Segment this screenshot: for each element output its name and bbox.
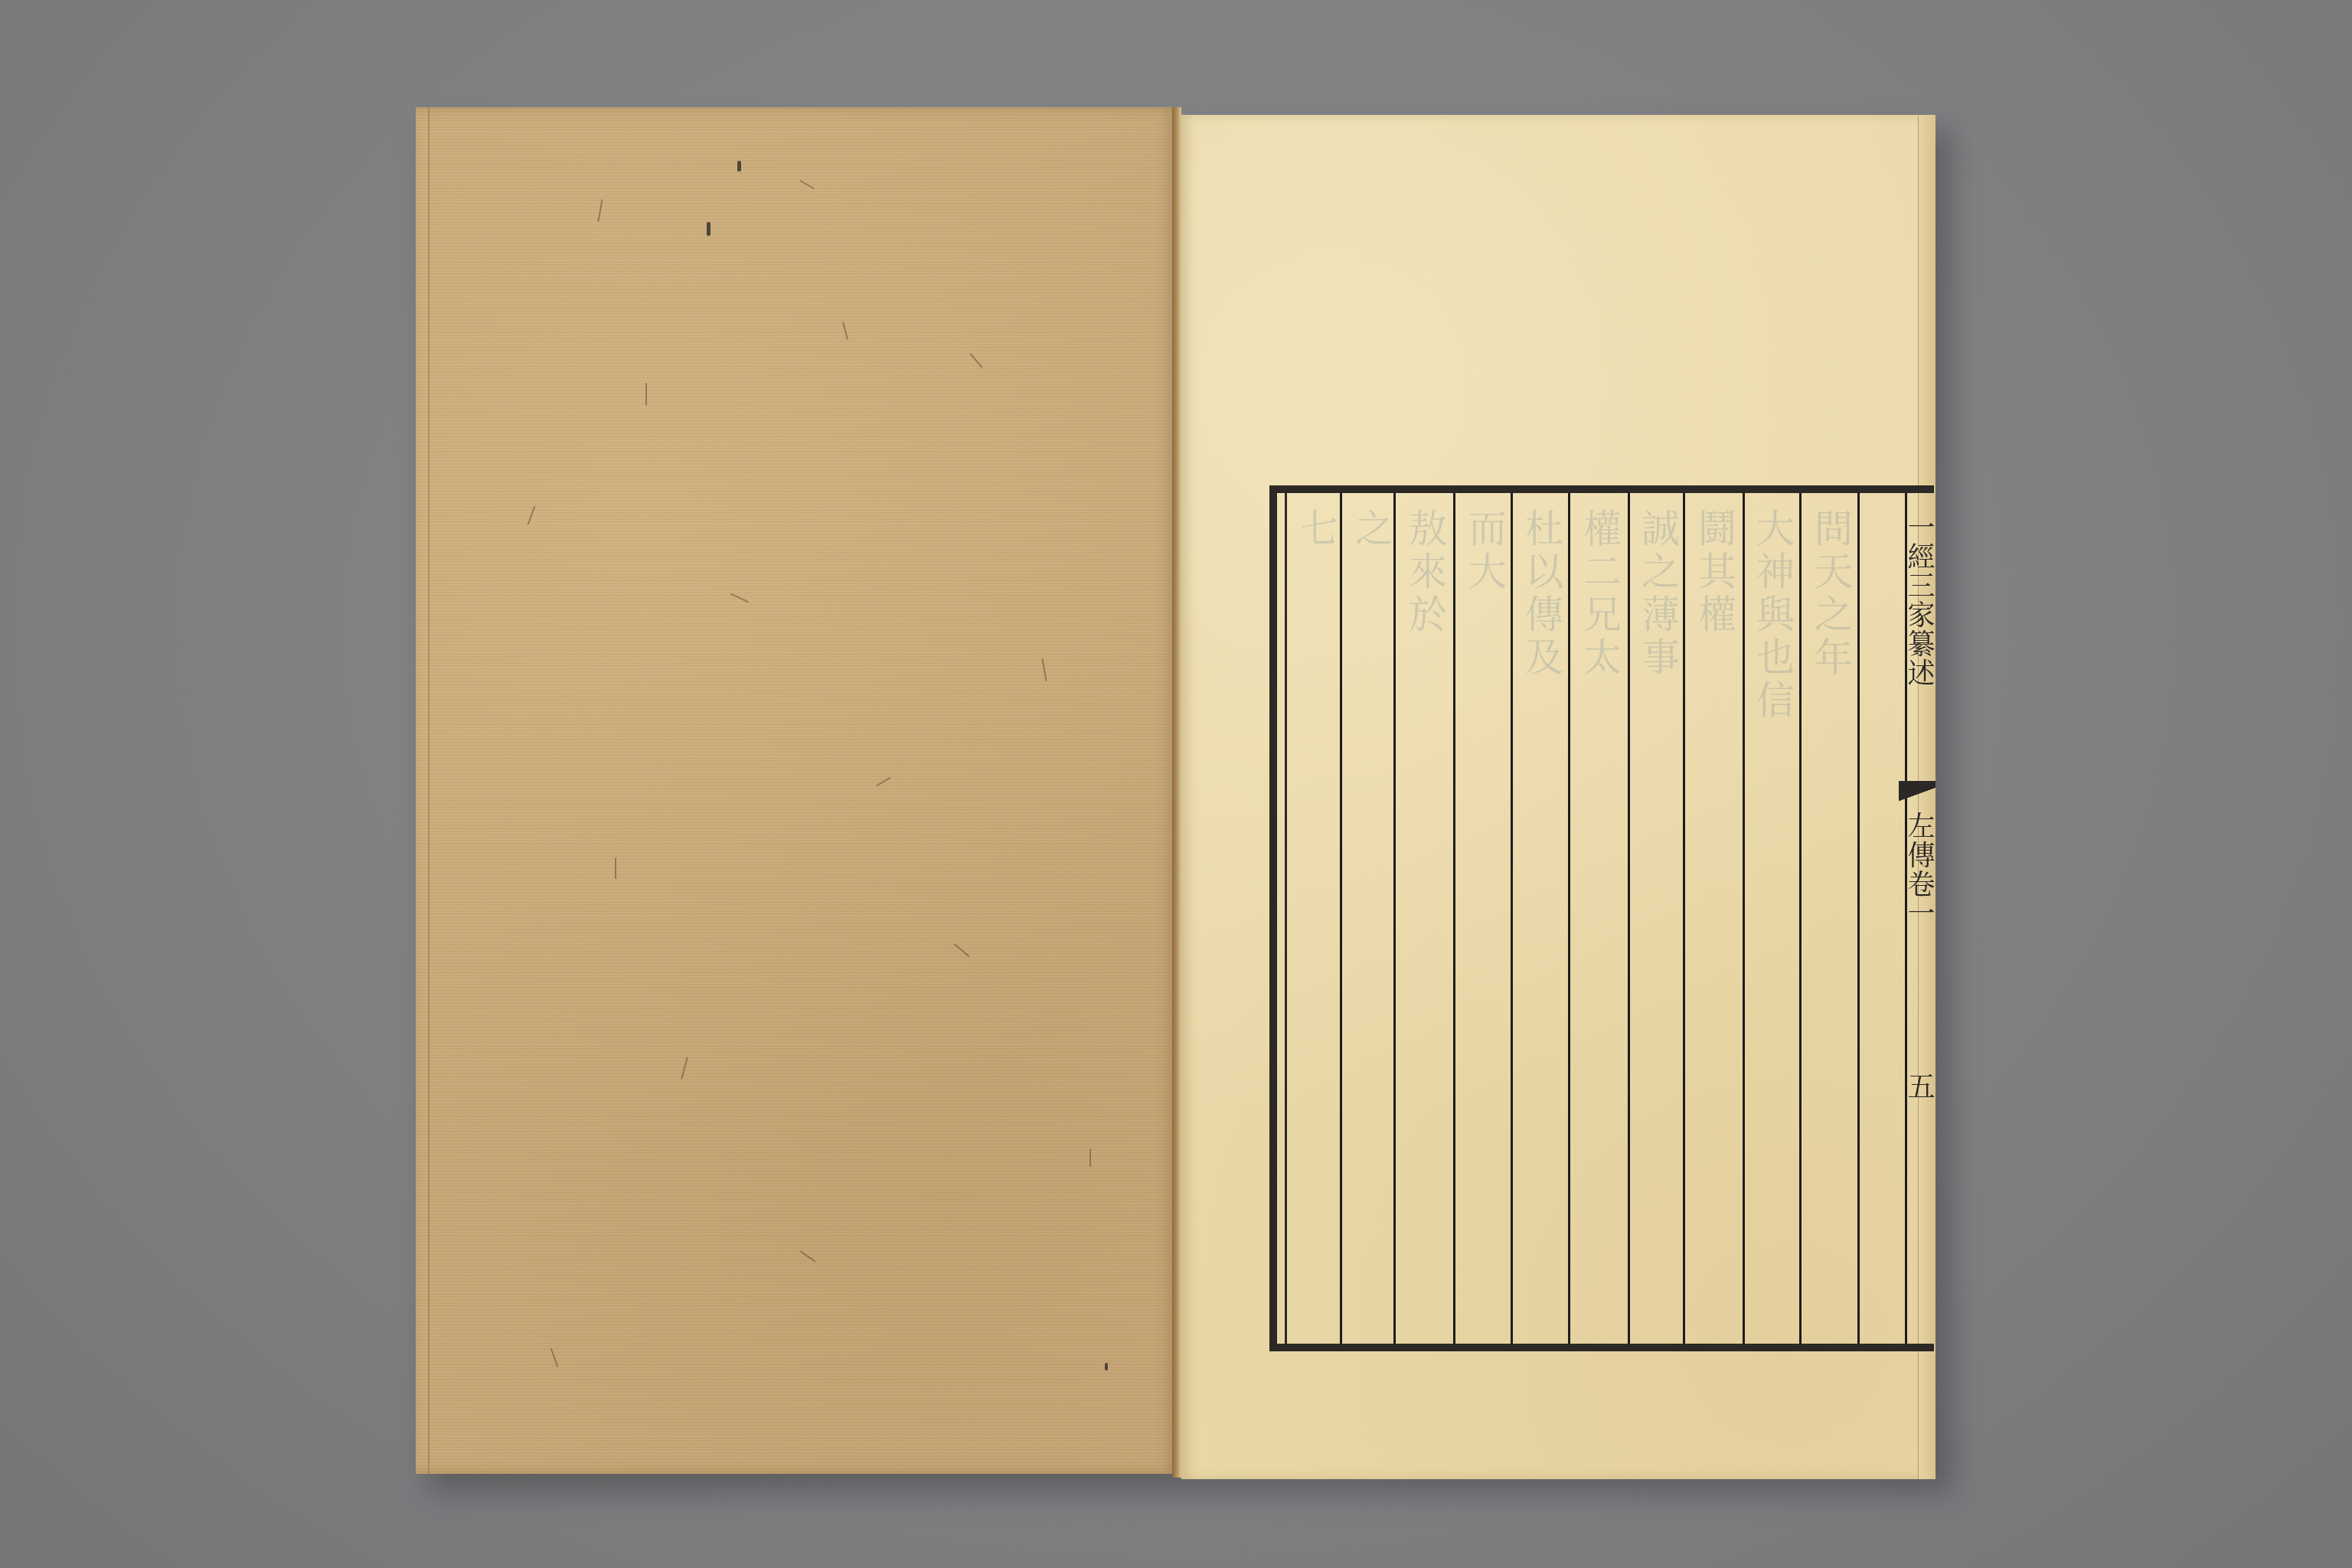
show-through-text: 杜以傳及 [1514, 508, 1568, 1321]
paper-fiber [681, 1057, 688, 1079]
paper-fiber [597, 199, 603, 222]
paper-fiber [730, 593, 749, 603]
column-rule [1568, 493, 1570, 1344]
show-through-text: 而大 [1458, 508, 1511, 1321]
show-through-text: 敖來於 [1398, 508, 1452, 1321]
column-rule [1453, 493, 1455, 1344]
banxin-book-title: 一經三家纂述 [1903, 513, 1934, 688]
paper-fiber [1089, 1148, 1091, 1167]
paper-fiber [645, 383, 647, 406]
paper-fiber [970, 353, 983, 368]
paper-fiber [550, 1347, 559, 1367]
fishtail-ornament-icon [1899, 781, 1935, 804]
paper-fiber [528, 505, 536, 524]
show-through-text: 權二兄太 [1573, 508, 1626, 1321]
show-through-text: 鬪其權 [1687, 508, 1741, 1321]
column-rule [1628, 493, 1630, 1344]
woodblock-frame: 問天之年 大神與也信 鬪其權 誠之薄事 權二兄太 杜以傳及 而大 敖來於 之 七 [1269, 485, 1934, 1351]
left-endpaper [416, 107, 1177, 1474]
paper-fiber [953, 943, 969, 957]
banxin-volume-label: 左傳卷一 [1903, 812, 1934, 928]
paper-fiber [1105, 1363, 1108, 1370]
show-through-text: 問天之年 [1804, 508, 1857, 1321]
show-through-text: 誠之薄事 [1631, 508, 1684, 1321]
paper-fiber [707, 222, 710, 236]
paper-fiber [799, 180, 815, 190]
column-rule [1857, 493, 1860, 1344]
banxin-page-number: 五 [1903, 1072, 1934, 1101]
column-rule [1743, 493, 1745, 1344]
paper-fiber [842, 322, 848, 340]
column-rule [1799, 493, 1802, 1344]
paper-fiber [800, 1250, 816, 1262]
paper-fiber [615, 857, 616, 879]
left-page-fold [428, 107, 430, 1474]
paper-fiber [876, 777, 891, 787]
frame-inner-border [1285, 493, 1287, 1344]
paper-fiber [737, 161, 741, 171]
book-gutter [1172, 107, 1181, 1478]
show-through-text: 七 [1289, 508, 1343, 1321]
show-through-text: 之 [1344, 508, 1398, 1321]
paper-fiber [1041, 658, 1047, 681]
show-through-text: 大神與也信 [1746, 508, 1799, 1321]
banxin-center-column: 一經三家纂述 左傳卷一 五 [1903, 505, 1934, 1347]
